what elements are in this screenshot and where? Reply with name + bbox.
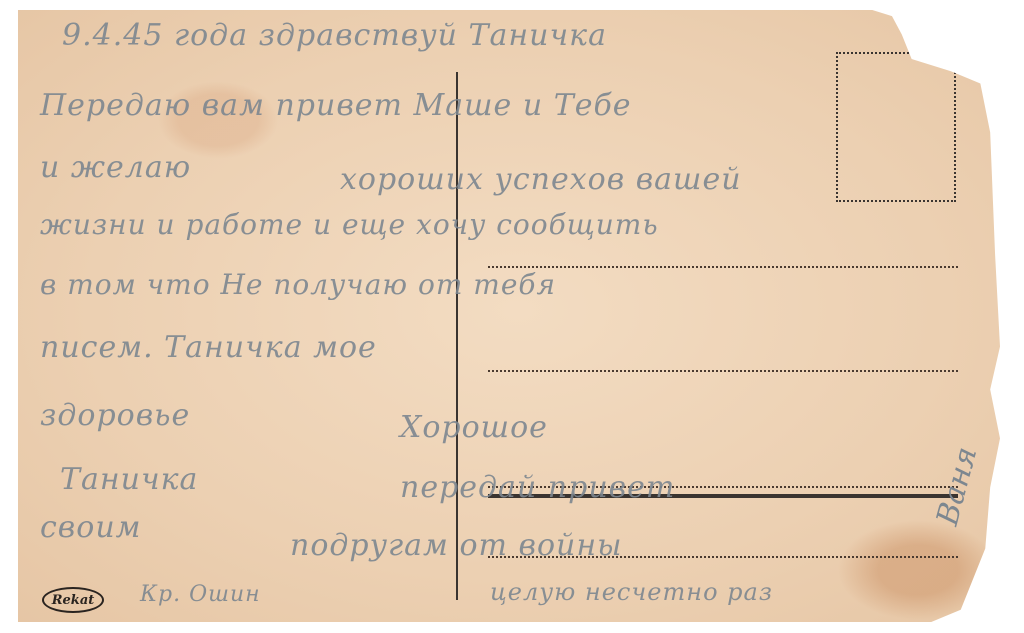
address-line <box>488 370 958 372</box>
handwritten-line: здоровье <box>40 398 190 433</box>
handwritten-line: жизни и работе и еще хочу сообщить <box>40 208 659 241</box>
handwritten-line: 9.4.45 года здравствуй Таничка <box>62 18 607 53</box>
handwritten-line: в том что Не получаю от тебя <box>40 268 556 301</box>
handwritten-line: хороших успехов вашей <box>340 162 742 197</box>
handwritten-line: и желаю <box>40 150 191 185</box>
handwritten-line: передай привет <box>400 470 675 505</box>
handwritten-line: Кр. Ошин <box>140 582 261 607</box>
publisher-logo: Rekat <box>42 587 104 613</box>
address-line <box>488 266 958 268</box>
handwritten-line: Передаю вам привет Маше и Тебе <box>40 88 632 123</box>
handwritten-line: писем. Таничка мое <box>40 330 377 365</box>
stamp-box <box>836 52 956 202</box>
handwritten-line: подругам от войны <box>290 528 623 563</box>
handwritten-line: Таничка <box>60 462 198 497</box>
center-divider <box>456 72 458 600</box>
handwritten-line: своим <box>40 510 142 545</box>
handwritten-line: Хорошое <box>400 410 548 445</box>
handwritten-line: целую несчетно раз <box>490 578 773 606</box>
